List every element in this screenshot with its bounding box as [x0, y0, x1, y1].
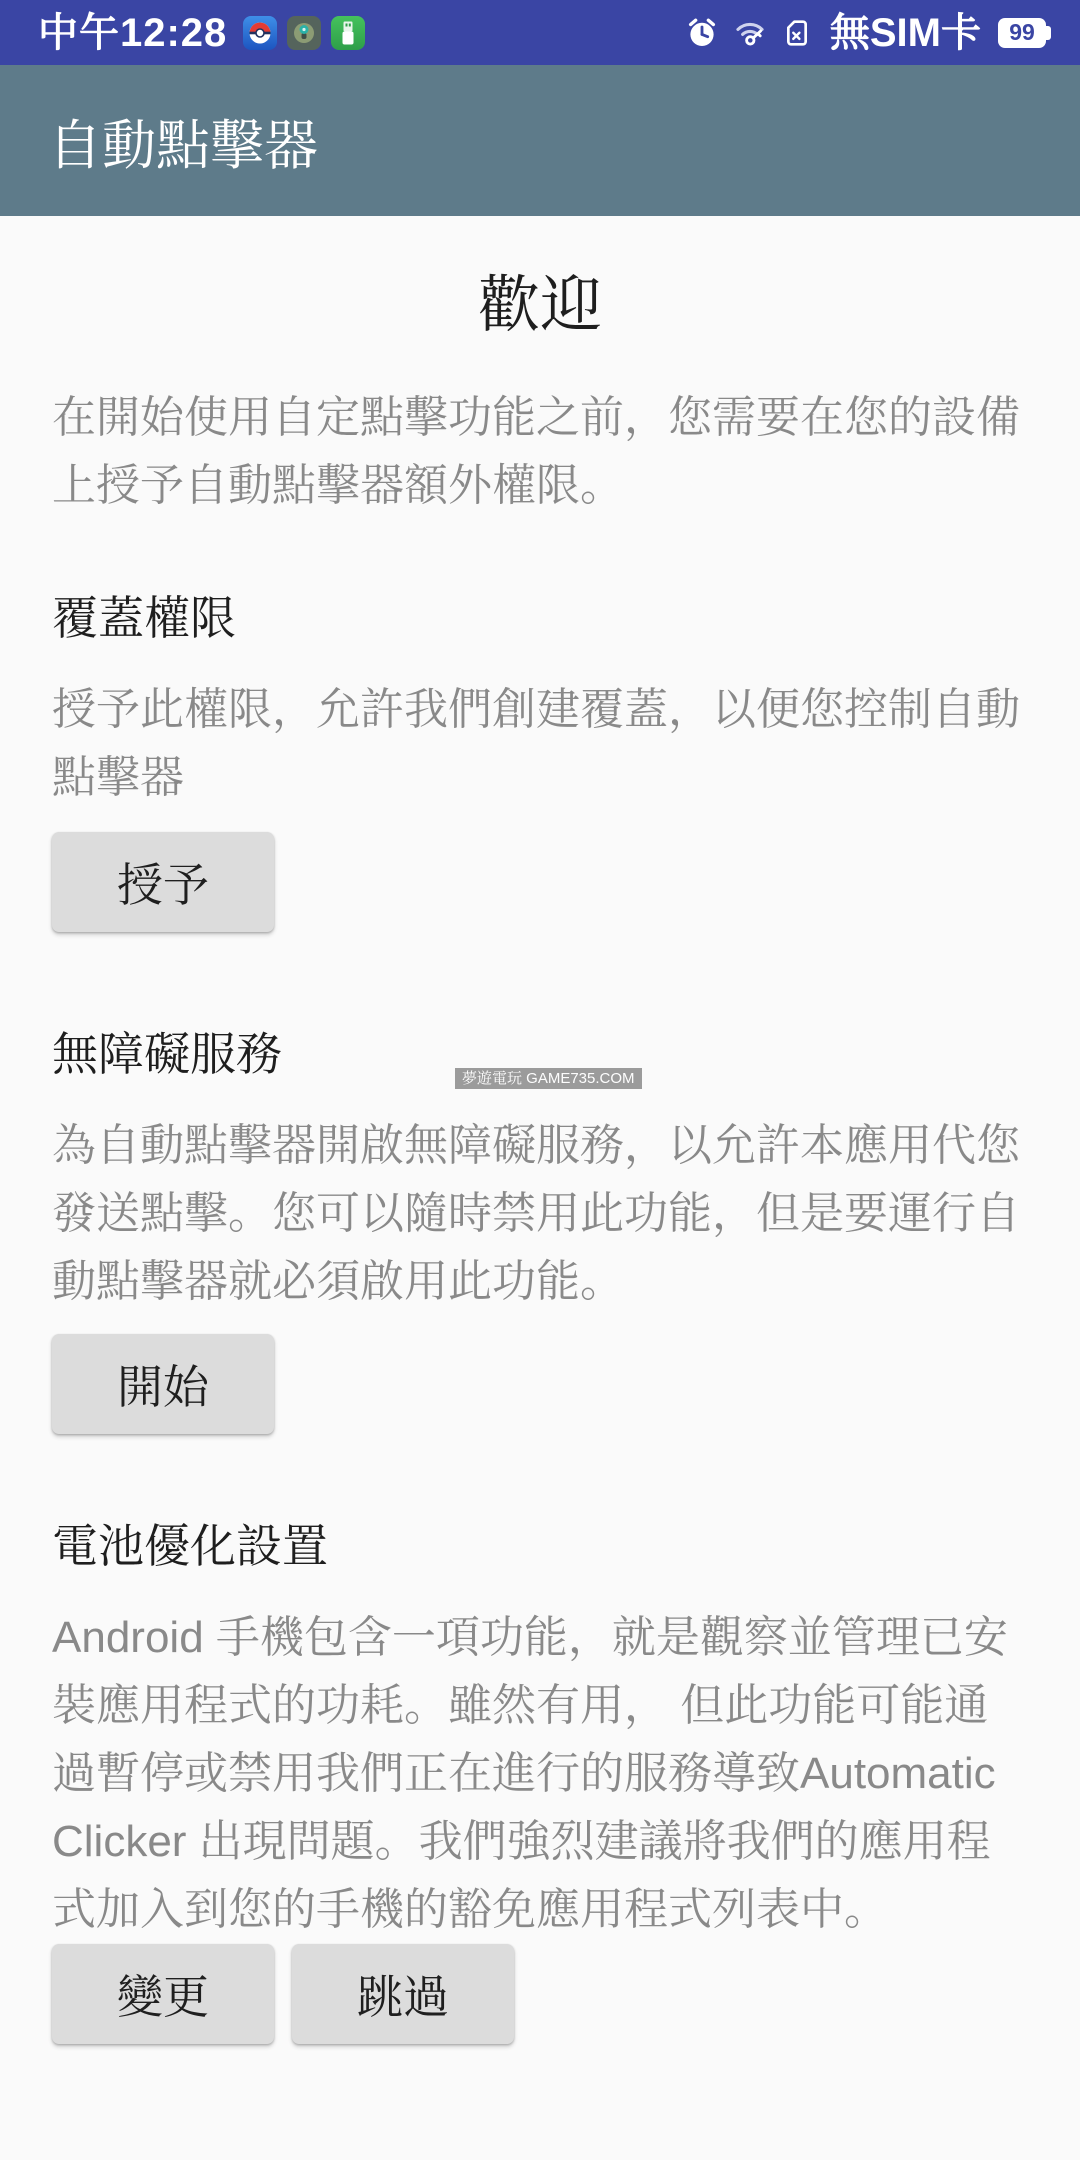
skip-button[interactable]: 跳過	[292, 1944, 514, 2044]
no-sim-icon	[781, 16, 813, 50]
joystick-app-icon	[287, 16, 321, 50]
change-button[interactable]: 變更	[52, 1944, 274, 2044]
grant-button[interactable]: 授予	[52, 832, 274, 932]
notification-icons	[243, 16, 365, 50]
intro-text: 在開始使用自定點擊功能之前，您需要在您的設備上授予自動點擊器額外權限。	[52, 384, 1028, 520]
overlay-permission-heading: 覆蓋權限	[52, 588, 1028, 648]
battery-percent: 99	[1009, 21, 1035, 44]
no-sim-label: 無SIM卡	[830, 13, 981, 53]
battery-icon: 99	[998, 18, 1046, 48]
status-time: 中午12:28	[38, 13, 227, 53]
app-bar: 自動點擊器	[0, 65, 1080, 216]
wifi-key-icon	[732, 16, 768, 50]
battery-nub	[1046, 26, 1051, 40]
accessibility-service-body: 為自動點擊器開啟無障礙服務，以允許本應用代您發送點擊。您可以隨時禁用此功能，但是…	[52, 1112, 1028, 1316]
battery-optimization-body: Android 手機包含一項功能，就是觀察並管理已安裝應用程式的功耗。雖然有用，…	[52, 1604, 1028, 1944]
watermark: 夢遊電玩 GAME735.COM	[455, 1068, 642, 1089]
usb-app-icon	[331, 16, 365, 50]
welcome-screen: 歡迎 在開始使用自定點擊功能之前，您需要在您的設備上授予自動點擊器額外權限。 覆…	[0, 266, 1080, 2044]
pokemon-go-app-icon	[243, 16, 277, 50]
screen: 中午12:28	[0, 0, 1080, 2160]
start-button[interactable]: 開始	[52, 1334, 274, 1434]
battery-buttons-row: 變更 跳過	[52, 1944, 1028, 2044]
status-bar: 中午12:28	[0, 0, 1080, 65]
app-title: 自動點擊器	[48, 109, 318, 173]
battery-optimization-heading: 電池優化設置	[52, 1516, 1028, 1576]
alarm-icon	[685, 16, 719, 50]
status-bar-right: 無SIM卡 99	[685, 13, 1046, 53]
overlay-permission-body: 授予此權限，允許我們創建覆蓋，以便您控制自動點擊器	[52, 676, 1028, 812]
page-title: 歡迎	[52, 266, 1028, 346]
